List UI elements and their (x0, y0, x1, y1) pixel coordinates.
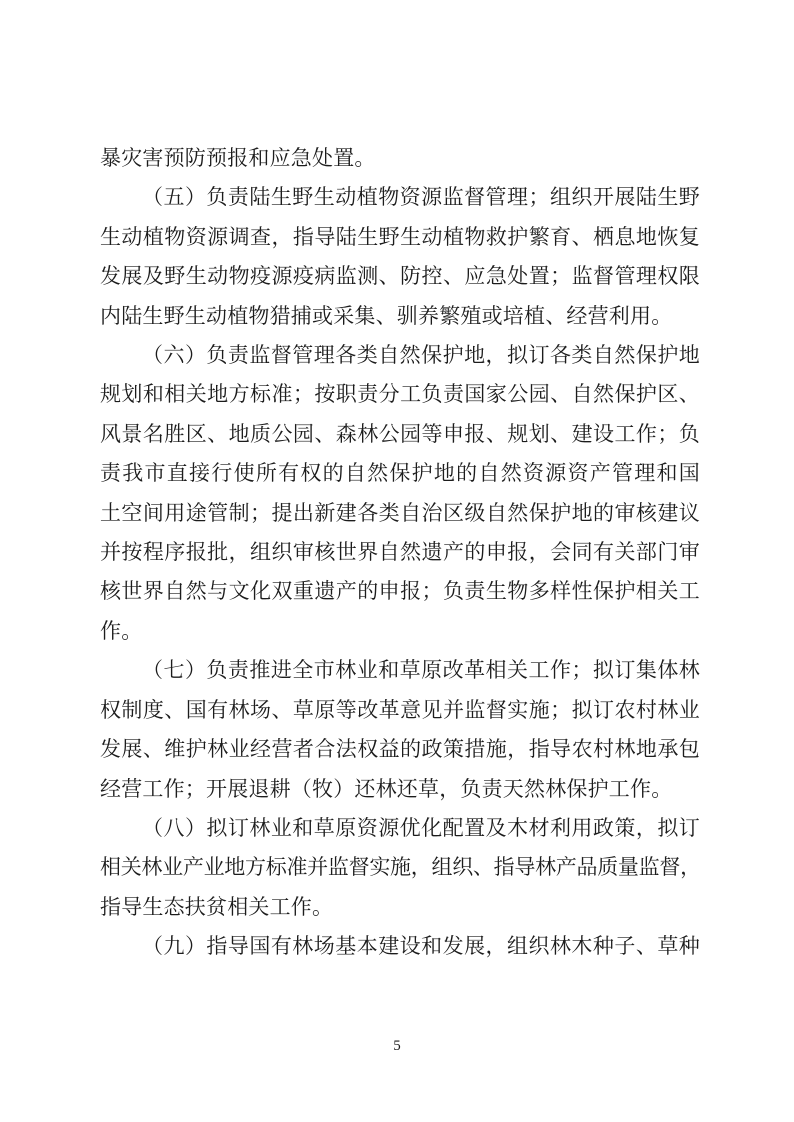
page-number: 5 (393, 1038, 401, 1054)
text-line: （七）负责推进全市林业和草原改革相关工作；拟订集体林 (100, 651, 700, 690)
text-line: 规划和相关地方标准；按职责分工负责国家公园、自然保护区、 (100, 375, 700, 414)
paragraph-item-6: （六）负责监督管理各类自然保护地，拟订各类自然保护地 规划和相关地方标准；按职责… (100, 336, 700, 651)
paragraph-item-8: （八）拟订林业和草原资源优化配置及木材利用政策，拟订 相关林业产业地方标准并监督… (100, 809, 700, 927)
text-line: （六）负责监督管理各类自然保护地，拟订各类自然保护地 (100, 336, 700, 375)
text-line: 经营工作；开展退耕（牧）还林还草，负责天然林保护工作。 (100, 770, 700, 809)
paragraph-continuation: 暴灾害预防预报和应急处置。 (100, 139, 700, 178)
text-line: 土空间用途管制；提出新建各类自治区级自然保护地的审核建议 (100, 494, 700, 533)
paragraph-item-5: （五）负责陆生野生动植物资源监督管理；组织开展陆生野 生动植物资源调查，指导陆生… (100, 178, 700, 336)
text-line: （九）指导国有林场基本建设和发展，组织林木种子、草种 (100, 927, 700, 966)
text-line: （八）拟订林业和草原资源优化配置及木材利用政策，拟订 (100, 809, 700, 848)
text-line: 并按程序报批，组织审核世界自然遗产的申报，会同有关部门审 (100, 533, 700, 572)
text-line: 作。 (100, 612, 700, 651)
text-line: 核世界自然与文化双重遗产的申报；负责生物多样性保护相关工 (100, 572, 700, 611)
text-line: 责我市直接行使所有权的自然保护地的自然资源资产管理和国 (100, 454, 700, 493)
text-line: 内陆生野生动植物猎捕或采集、驯养繁殖或培植、经营利用。 (100, 297, 700, 336)
text-line: （五）负责陆生野生动植物资源监督管理；组织开展陆生野 (100, 178, 700, 217)
text-line: 权制度、国有林场、草原等改革意见并监督实施；拟订农村林业 (100, 691, 700, 730)
text-line: 发展、维护林业经营者合法权益的政策措施，指导农村林地承包 (100, 730, 700, 769)
text-line: 暴灾害预防预报和应急处置。 (100, 139, 700, 178)
paragraph-item-9: （九）指导国有林场基本建设和发展，组织林木种子、草种 (100, 927, 700, 966)
paragraph-item-7: （七）负责推进全市林业和草原改革相关工作；拟订集体林 权制度、国有林场、草原等改… (100, 651, 700, 809)
text-line: 生动植物资源调查，指导陆生野生动植物救护繁育、栖息地恢复 (100, 218, 700, 257)
document-body: 暴灾害预防预报和应急处置。 （五）负责陆生野生动植物资源监督管理；组织开展陆生野… (100, 139, 700, 967)
text-line: 指导生态扶贫相关工作。 (100, 888, 700, 927)
text-line: 风景名胜区、地质公园、森林公园等申报、规划、建设工作；负 (100, 415, 700, 454)
text-line: 相关林业产业地方标准并监督实施，组织、指导林产品质量监督， (100, 848, 700, 887)
document-page: 暴灾害预防预报和应急处置。 （五）负责陆生野生动植物资源监督管理；组织开展陆生野… (0, 0, 794, 1122)
text-line: 发展及野生动物疫源疫病监测、防控、应急处置；监督管理权限 (100, 257, 700, 296)
page-footer: 5 (0, 1036, 794, 1056)
